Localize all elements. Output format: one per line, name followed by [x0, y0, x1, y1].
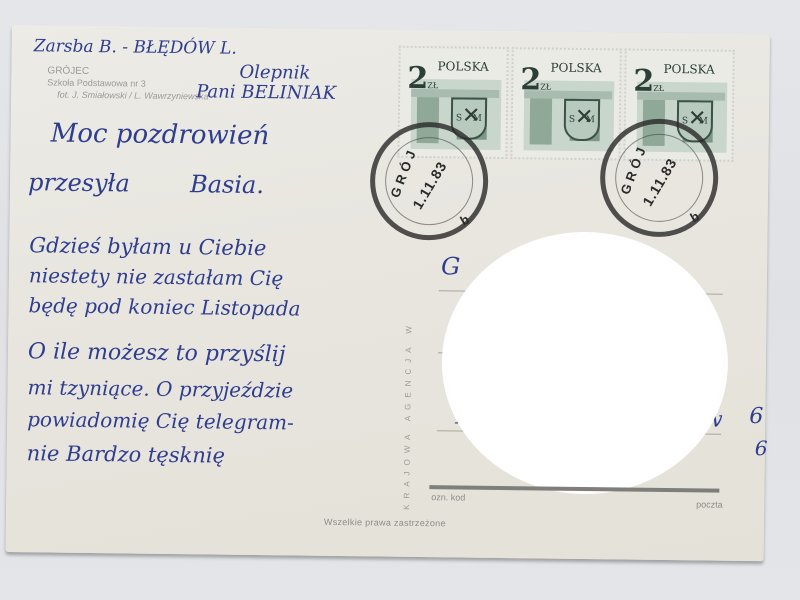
message-line: Gdzieś byłam u Ciebie [29, 233, 266, 260]
message-line: niestety nie zastałam Cię [29, 263, 284, 290]
stamp-value: 2 [633, 64, 654, 99]
monogram-right: M [586, 115, 595, 125]
publisher-vertical-text: KRAJOWA AGENCJA W [402, 320, 413, 510]
stamp-unit: ZŁ [427, 81, 438, 90]
message-line: mi tzyniące. O przyjeździe [27, 375, 293, 402]
house-number: 6 [749, 404, 763, 429]
sender-note: Zarsba B. - BŁĘDÓW L. [34, 36, 237, 58]
stamp-unit: ZŁ [653, 84, 664, 93]
message-line: powiadomię Cię telegram- [27, 407, 294, 434]
stamp-country: POLSKA [550, 61, 601, 76]
message-line: O ile możesz to przyślij [28, 339, 286, 367]
address-text: G [441, 252, 461, 280]
post-office-label: poczta [696, 499, 723, 509]
printed-city: GRÓJEC [47, 65, 89, 77]
message-line: Moc pozdrowień [50, 118, 269, 151]
monogram-right: M [473, 114, 482, 124]
postcard-back: GRÓJEC Szkoła Podstawowa nr 3 fot. J. Sm… [6, 25, 770, 561]
postal-code-label: ozn. kod [431, 492, 465, 502]
apartment-number: 6 [755, 436, 768, 460]
message-line: przesyła [28, 168, 130, 197]
printed-caption: Szkoła Podstawowa nr 3 [47, 77, 146, 89]
photo-credit: fot. J. Smiałowski / L. Wawrzyniewska [57, 90, 208, 103]
sender-note-2: Olepnik [239, 62, 310, 84]
message-signature: Basia. [190, 170, 264, 199]
coat-of-arms-icon: S ✕ M [564, 99, 601, 141]
postmark-code: b [688, 208, 702, 225]
stamp-country: POLSKA [663, 62, 714, 77]
sender-note-3: Pani BELINIAK [196, 81, 336, 104]
stamp-unit: ZŁ [540, 82, 551, 91]
monogram-right: M [699, 116, 708, 126]
postmark-code: b [458, 212, 472, 229]
postage-stamp: 2 ZŁ POLSKA S ✕ M [511, 48, 620, 159]
message-line: będę pod koniec Listopada [28, 293, 300, 320]
redaction-blur [440, 230, 729, 495]
postmark: GRÓJ 1.11.83 b [369, 121, 488, 240]
rights-notice: Wszelkie prawa zastrzeżone [324, 517, 446, 528]
stamp-country: POLSKA [437, 59, 488, 74]
message-line: nie Bardzo tęsknię [27, 441, 225, 467]
stamp-value: 2 [407, 61, 428, 96]
postmark: GRÓJ 1.11.83 b [599, 118, 718, 237]
stamp-value: 2 [520, 62, 541, 97]
